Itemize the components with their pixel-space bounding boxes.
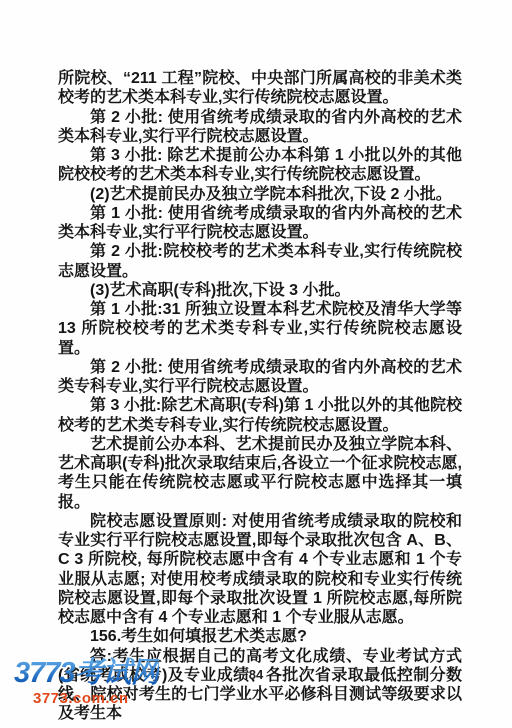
paragraph: 所院校、“211 工程”院校、中央部门所属高校的非美术类校考的艺术类本科专业,实… [58, 69, 462, 108]
paragraph: 第 1 小批: 使用省统考成绩录取的省内外高校的艺术类本科专业,实行平行院校志愿… [58, 204, 462, 243]
document-body: 所院校、“211 工程”院校、中央部门所属高校的非美术类校考的艺术类本科专业,实… [58, 69, 462, 724]
watermark-3773: 3773考试网 3773.com.cn [14, 657, 159, 707]
paragraph: 院校志愿设置原则: 对使用省统考成绩录取的院校和专业实行平行院校志愿设置,即每个… [58, 512, 462, 628]
paragraph: 第 2 小批: 使用省统考成绩录取的省内外高校的艺术类本科专业,实行平行院校志愿… [58, 108, 462, 147]
3773-site-url: 3773.com.cn [33, 691, 159, 707]
paragraph: 第 1 小批:31 所独立设置本科艺术院校及清华大学等 13 所院校校考的艺术类… [58, 300, 462, 358]
paragraph: (3)艺术高职(专科)批次,下设 3 小批。 [58, 281, 462, 300]
paragraph: 第 3 小批: 除艺术提前公办本科第 1 小批以外的其他院校校考的艺术类本科专业… [58, 146, 462, 185]
paragraph: 第 2 小批:院校校考的艺术类本科专业,实行传统院校志愿设置。 [58, 242, 462, 281]
scanned-document-page: 所院校、“211 工程”院校、中央部门所属高校的非美术类校考的艺术类本科专业,实… [0, 0, 512, 728]
paragraph: 艺术提前公办本科、艺术提前民办及独立学院本科、艺术高职(专科)批次录取结束后,各… [58, 435, 462, 512]
paragraph: 第 2 小批: 使用省统考成绩录取的省内外高校的艺术类专科专业,实行平行院校志愿… [58, 358, 462, 397]
paragraph: 第 3 小批:除艺术高职(专科)第 1 小批以外的其他院校校考的艺术类专科专业,… [58, 396, 462, 435]
paragraph: 156.考生如何填报艺术类志愿? [58, 627, 462, 646]
page-number: 84 [0, 667, 512, 682]
paragraph: (2)艺术提前民办及独立学院本科批次,下设 2 小批。 [58, 185, 462, 204]
